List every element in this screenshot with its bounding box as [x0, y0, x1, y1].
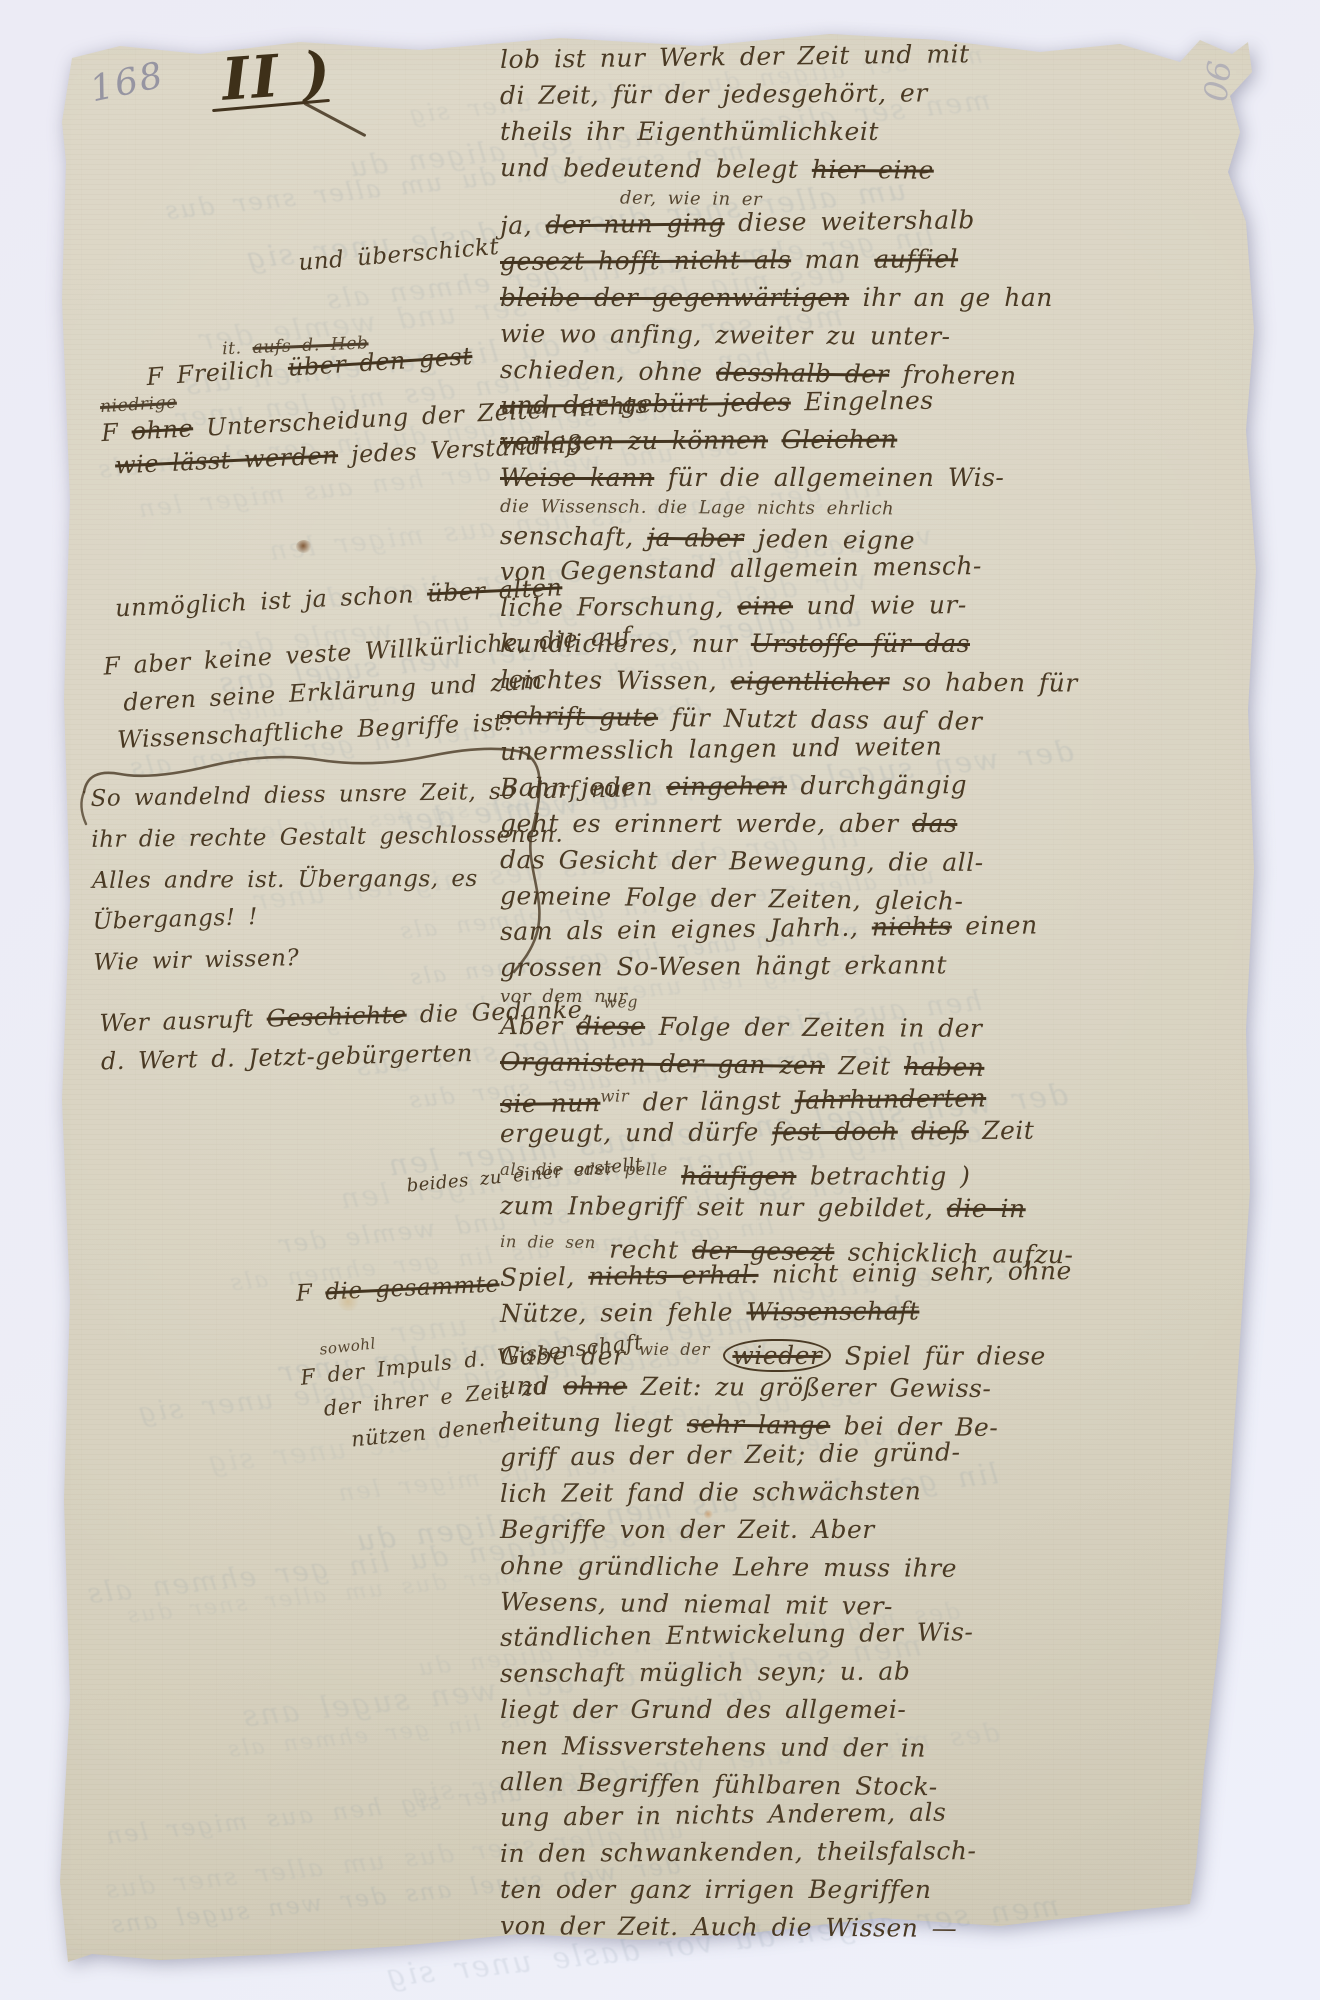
- handwriting-word: ohne gründliche Lehre muss ihre: [500, 1551, 957, 1583]
- handwriting-word: diese weitershalb: [724, 205, 974, 237]
- handwriting-line: ihr die rechte Gestalt geschlossenen.: [91, 815, 541, 861]
- handwriting-line: So wandelnd diess unsre Zeit, so darf nu…: [90, 771, 541, 820]
- handwriting-word: in den schwankenden, theilsfalsch-: [500, 1836, 977, 1868]
- handwriting-word: lich Zeit fand die schwächsten: [500, 1476, 921, 1508]
- struck-word: Gleichen: [781, 425, 897, 455]
- handwriting-word: [898, 1116, 912, 1145]
- handwriting-word: lob ist nur Werk der Zeit und mit: [500, 39, 970, 74]
- handwriting-word: d. Wert d. Jetzt-gebürgerten: [101, 1039, 474, 1075]
- struck-word: eine: [737, 591, 793, 620]
- handwriting-word: wie der: [639, 1340, 710, 1359]
- handwriting-word: und wie ur-: [793, 590, 967, 620]
- handwriting-line: di Zeit, für der jedesgehört, er: [500, 73, 1262, 114]
- handwriting-line: liche Forschung, eine und wie ur-: [500, 585, 1262, 626]
- struck-word: die gesammte: [325, 1271, 500, 1305]
- handwriting-line: geht es erinnert werde, aber das: [500, 806, 1262, 842]
- handwriting-word: nicht einig sehr, ohne: [758, 1256, 1072, 1289]
- handwriting-word: Alles andre ist. Übergangs, es: [92, 866, 478, 894]
- handwriting-line: ten oder ganz irrigen Begriffen: [500, 1872, 1262, 1908]
- handwriting-line: lich Zeit fand die schwächsten: [500, 1471, 1262, 1512]
- handwriting-line: gesezt hofft nicht als man auffiel: [500, 239, 1262, 280]
- handwriting-word: F: [101, 418, 133, 448]
- handwriting-line: von der Zeit. Auch die Wissen —: [500, 1908, 1262, 1949]
- handwriting-line: nen Missverstehens und der in: [500, 1728, 1262, 1769]
- handwriting-word: einen: [952, 910, 1038, 940]
- handwriting-word: ten oder ganz irrigen Begriffen: [500, 1875, 932, 1904]
- struck-word: fest doch: [772, 1117, 898, 1147]
- struck-word: eingehen: [666, 771, 787, 801]
- handwriting-word: wir: [600, 1086, 629, 1105]
- handwriting-word: durchgängig: [787, 770, 967, 800]
- handwriting-word: ständlichen Entwickelung der Wis-: [500, 1617, 974, 1652]
- handwriting-word: theils ihr Eigenthümlichkeit: [500, 117, 879, 146]
- handwriting-line: leichtes Wissen, eigentlicher so haben f…: [500, 662, 1262, 703]
- struck-word: Wissenschaft: [746, 1296, 919, 1326]
- handwriting-word: Begriffe von der Zeit. Aber: [500, 1515, 875, 1544]
- handwriting-word: F Freilich: [146, 354, 289, 391]
- struck-word: ja aber: [647, 523, 744, 553]
- handwriting-line: bleibe der gegenwärtigen ihr an ge han: [500, 280, 1262, 316]
- handwriting-word: sam als ein eignes Jahrh.,: [500, 912, 872, 946]
- handwriting-line: zum Inbegriff seit nur gebildet, die in: [500, 1188, 1262, 1229]
- manuscript-scan: men ser aligen du vor dasle uner sigmen …: [0, 0, 1320, 2000]
- handwriting-word: Folge der Zeiten in der: [645, 1012, 982, 1043]
- struck-word: hier eine: [812, 155, 934, 185]
- handwriting-line: und bedeutend belegt hier eine: [500, 150, 1262, 191]
- handwriting-word: der längst: [629, 1086, 795, 1117]
- struck-word: über alten: [426, 573, 563, 607]
- handwriting-word: F: [295, 1280, 325, 1307]
- struck-word: nichts erhal.: [588, 1260, 759, 1291]
- margin-note-freilich: it. aufs d. HebF Freilich über den gestn…: [97, 316, 644, 483]
- handwriting-word: betrachtig ): [796, 1161, 970, 1190]
- handwriting-word: di Zeit, für der jedesgehört, er: [500, 78, 928, 110]
- struck-word: häufigen: [681, 1161, 796, 1190]
- handwriting-word: für die allgemeinen Wis-: [654, 463, 1004, 492]
- handwriting-word: [710, 1341, 723, 1370]
- handwriting-word: Zeit: zu größerer Gewiss-: [627, 1372, 991, 1403]
- struck-word: auffiel: [874, 244, 958, 274]
- handwriting-word: die Wissensch. die Lage nichts ehrlich: [500, 496, 894, 519]
- handwriting-line: ohne gründliche Lehre muss ihre: [500, 1548, 1262, 1589]
- handwriting-word: griff aus der der Zeit; die gründ-: [500, 1437, 961, 1472]
- handwriting-line: Begriffe von der Zeit. Aber: [500, 1512, 1262, 1548]
- handwriting-word: ergeugt, und dürfe: [500, 1117, 772, 1148]
- handwriting-word: die Gedanke,: [406, 995, 604, 1029]
- handwriting-word: Wer ausruft: [99, 1005, 267, 1038]
- struck-word: bleibe der gegenwärtigen: [500, 283, 849, 312]
- struck-word: eigentlicher: [731, 666, 890, 696]
- handwriting-word: das Gesicht der Bewegung, die all-: [500, 845, 984, 877]
- handwriting-line: liegt der Grund des allgemei-: [500, 1692, 1262, 1728]
- handwriting-word: senschaft,: [500, 521, 648, 552]
- handwriting-word: Spiel für diese: [831, 1341, 1045, 1370]
- handwriting-word: weg: [603, 992, 638, 1012]
- struck-word: ohne: [131, 414, 194, 445]
- handwriting-word: senschaft müglich seyn; u. ab: [500, 1656, 910, 1688]
- handwriting-line: theils ihr Eigenthümlichkeit: [500, 114, 1262, 150]
- handwriting-word: ung aber in nichts Anderem, als: [500, 1798, 947, 1832]
- handwriting-word: man: [791, 245, 874, 275]
- handwriting-word: Übergangs! !: [92, 904, 258, 935]
- handwriting-line: ergeugt, und dürfe fest doch dieß Zeit: [500, 1111, 1262, 1152]
- handwriting-word: zum Inbegriff seit nur gebildet,: [500, 1191, 947, 1223]
- handwriting-word: Zeit: [969, 1116, 1035, 1145]
- handwriting-word: so haben für: [889, 667, 1078, 697]
- struck-word: die in: [947, 1194, 1026, 1223]
- struck-word: Urstoffe für das: [751, 629, 970, 658]
- handwriting-line: in den schwankenden, theilsfalsch-: [500, 1831, 1262, 1872]
- struck-word: nichts: [872, 911, 952, 941]
- handwriting-word: [768, 425, 782, 454]
- struck-word: dieß: [911, 1116, 969, 1145]
- handwriting-word: liegt der Grund des allgemei-: [500, 1695, 906, 1724]
- handwriting-word: ihr die rechte Gestalt geschlossenen.: [91, 822, 563, 853]
- handwriting-word: und bedeutend belegt: [500, 153, 812, 184]
- margin-note-willkuer: F aber keine veste Willkürliche, die auf…: [102, 624, 587, 760]
- handwriting-word: in die sen: [500, 1232, 596, 1252]
- struck-word: sie nun: [500, 1088, 601, 1118]
- handwriting-line: Weise kann für die allgemeinen Wis-: [500, 460, 1262, 496]
- handwriting-word: Eingelnes: [791, 386, 934, 417]
- handwriting-word: ihr an ge han: [849, 283, 1053, 312]
- handwriting-line: das Gesicht der Bewegung, die all-: [500, 842, 1262, 883]
- struck-word: Geschichte: [266, 1001, 407, 1033]
- handwriting-word: von der Zeit. Auch die Wissen —: [500, 1911, 957, 1943]
- struck-word: das: [912, 809, 957, 838]
- oval-struck-word: wieder: [723, 1339, 831, 1372]
- circled-passage: So wandelnd diess unsre Zeit, so darf nu…: [90, 771, 544, 984]
- handwriting-word: nen Missverstehens und der in: [500, 1731, 926, 1763]
- margin-note-wer-ausruft: Wer ausruft Geschichte die Gedanke, wegd…: [99, 976, 642, 1085]
- handwriting-word: Wie wir wissen?: [93, 945, 299, 976]
- struck-word: Weise kann: [500, 463, 654, 492]
- struck-word: Jahrhunderten: [795, 1083, 987, 1114]
- handwriting-line: senschaft müglich seyn; u. ab: [500, 1651, 1262, 1692]
